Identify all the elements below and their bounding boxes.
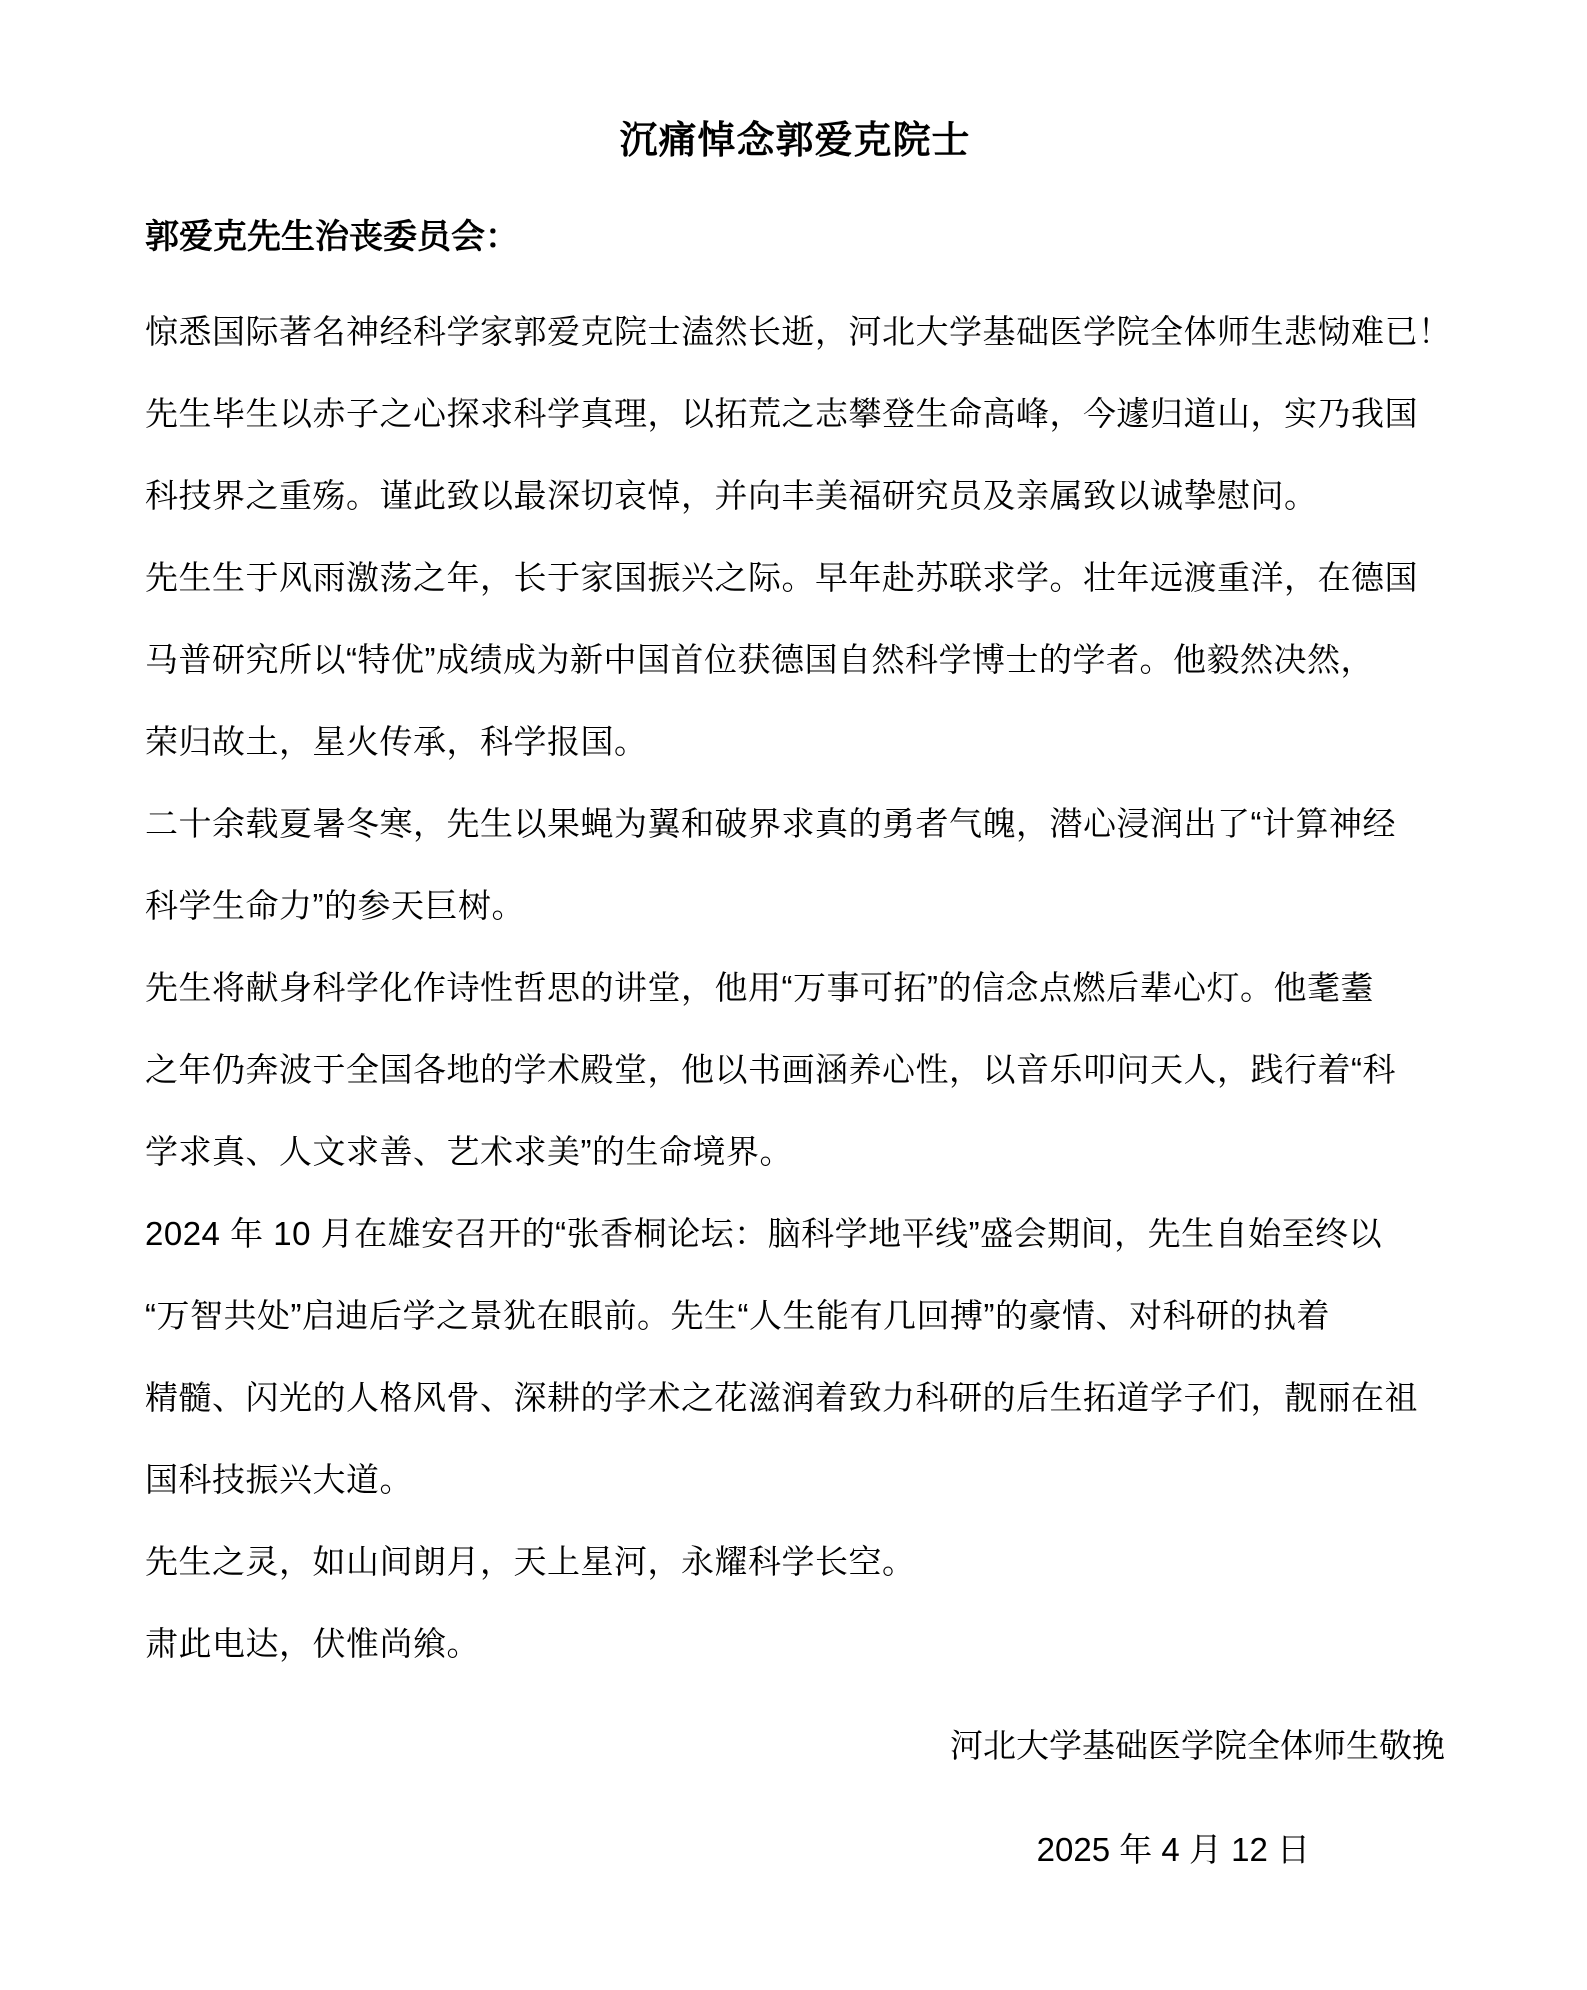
body-line: 先生之灵，如山间朗月，天上星河，永耀科学长空。	[145, 1521, 1445, 1603]
body-line: 科技界之重殇。谨此致以最深切哀悼，并向丰美福研究员及亲属致以诚挚慰问。	[145, 455, 1445, 537]
body-line: 国科技振兴大道。	[145, 1439, 1445, 1521]
body-line: 精髓、闪光的人格风骨、深耕的学术之花滋润着致力科研的后生拓道学子们，靓丽在祖	[145, 1357, 1445, 1439]
signature-line: 河北大学基础医学院全体师生敬挽	[145, 1705, 1445, 1787]
body-line: 荣归故土，星火传承，科学报国。	[145, 701, 1445, 783]
body-line: 2024 年 10 月在雄安召开的“张香桐论坛：脑科学地平线”盛会期间，先生自始…	[145, 1193, 1445, 1275]
salutation-line: 郭爱克先生治丧委员会：	[145, 196, 1445, 278]
body-line: 先生将献身科学化作诗性哲思的讲堂，他用“万事可拓”的信念点燃后辈心灯。他耄耋	[145, 947, 1445, 1029]
body-line: 肃此电达，伏惟尚飨。	[145, 1603, 1445, 1685]
body-line: 先生毕生以赤子之心探求科学真理，以拓荒之志攀登生命高峰，今遽归道山，实乃我国	[145, 373, 1445, 455]
body-line: 马普研究所以“特优”成绩成为新中国首位获德国自然科学博士的学者。他毅然决然，	[145, 619, 1445, 701]
body-line: “万智共处”启迪后学之景犹在眼前。先生“人生能有几回搏”的豪情、对科研的执着	[145, 1275, 1445, 1357]
body-line: 科学生命力”的参天巨树。	[145, 865, 1445, 947]
document-body: 惊悉国际著名神经科学家郭爱克院士溘然长逝，河北大学基础医学院全体师生悲恸难已！先…	[145, 291, 1445, 1685]
document-title: 沉痛悼念郭爱克院士	[145, 118, 1445, 164]
body-line: 学求真、人文求善、艺术求美”的生命境界。	[145, 1111, 1445, 1193]
body-line: 之年仍奔波于全国各地的学术殿堂，他以书画涵养心性，以音乐叩问天人，践行着“科	[145, 1029, 1445, 1111]
date-line: 2025 年 4 月 12 日	[145, 1809, 1445, 1891]
body-line: 先生生于风雨激荡之年，长于家国振兴之际。早年赴苏联求学。壮年远渡重洋，在德国	[145, 537, 1445, 619]
memorial-document-page: 沉痛悼念郭爱克院士 郭爱克先生治丧委员会： 惊悉国际著名神经科学家郭爱克院士溘然…	[0, 0, 1587, 1990]
body-line: 惊悉国际著名神经科学家郭爱克院士溘然长逝，河北大学基础医学院全体师生悲恸难已！	[145, 291, 1445, 373]
body-line: 二十余载夏暑冬寒，先生以果蝇为翼和破界求真的勇者气魄，潜心浸润出了“计算神经	[145, 783, 1445, 865]
